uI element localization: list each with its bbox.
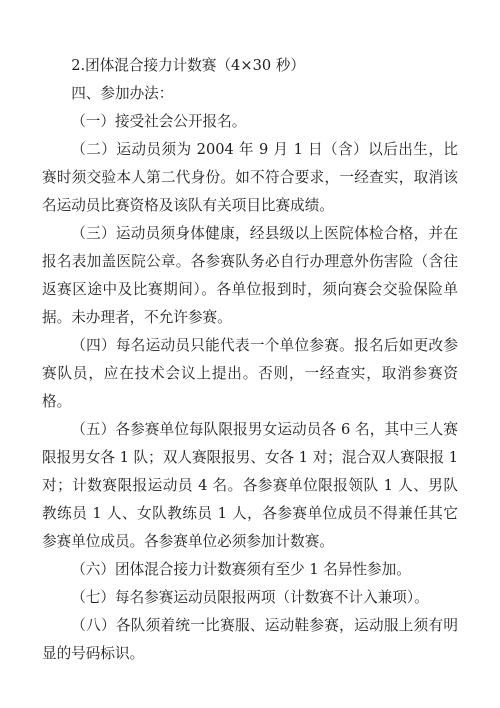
list-item-event-2: 2.团体混合接力计数赛（4×30 秒）: [42, 52, 458, 80]
clause-5-roster-limits: （五）各参赛单位每队限报男女运动员各 6 名，其中三人赛限报男女各 1 队；双人…: [42, 416, 458, 556]
clause-7-event-entry-limit: （七）每名参赛运动员限报两项（计数赛不计入兼项）。: [42, 584, 458, 612]
clause-3-health-insurance: （三）运动员须身体健康，经县级以上医院体检合格，并在报名表加盖医院公章。各参赛队…: [42, 220, 458, 332]
clause-8-uniform-requirement: （八）各队须着统一比赛服、运动鞋参赛，运动服上须有明显的号码标识。: [42, 612, 458, 668]
clause-4-single-unit-representation: （四）每名运动员只能代表一个单位参赛。报名后如更改参赛队员，应在技术会议上提出。…: [42, 332, 458, 416]
document-page: 2.团体混合接力计数赛（4×30 秒） 四、参加办法： （一）接受社会公开报名。…: [0, 0, 500, 708]
clause-6-mixed-relay-requirement: （六）团体混合接力计数赛须有至少 1 名异性参加。: [42, 556, 458, 584]
clause-1-open-registration: （一）接受社会公开报名。: [42, 108, 458, 136]
section-heading-participation-methods: 四、参加办法：: [42, 80, 458, 108]
clause-2-athlete-birthdate: （二）运动员须为 2004 年 9 月 1 日（含）以后出生，比赛时须交验本人第…: [42, 136, 458, 220]
